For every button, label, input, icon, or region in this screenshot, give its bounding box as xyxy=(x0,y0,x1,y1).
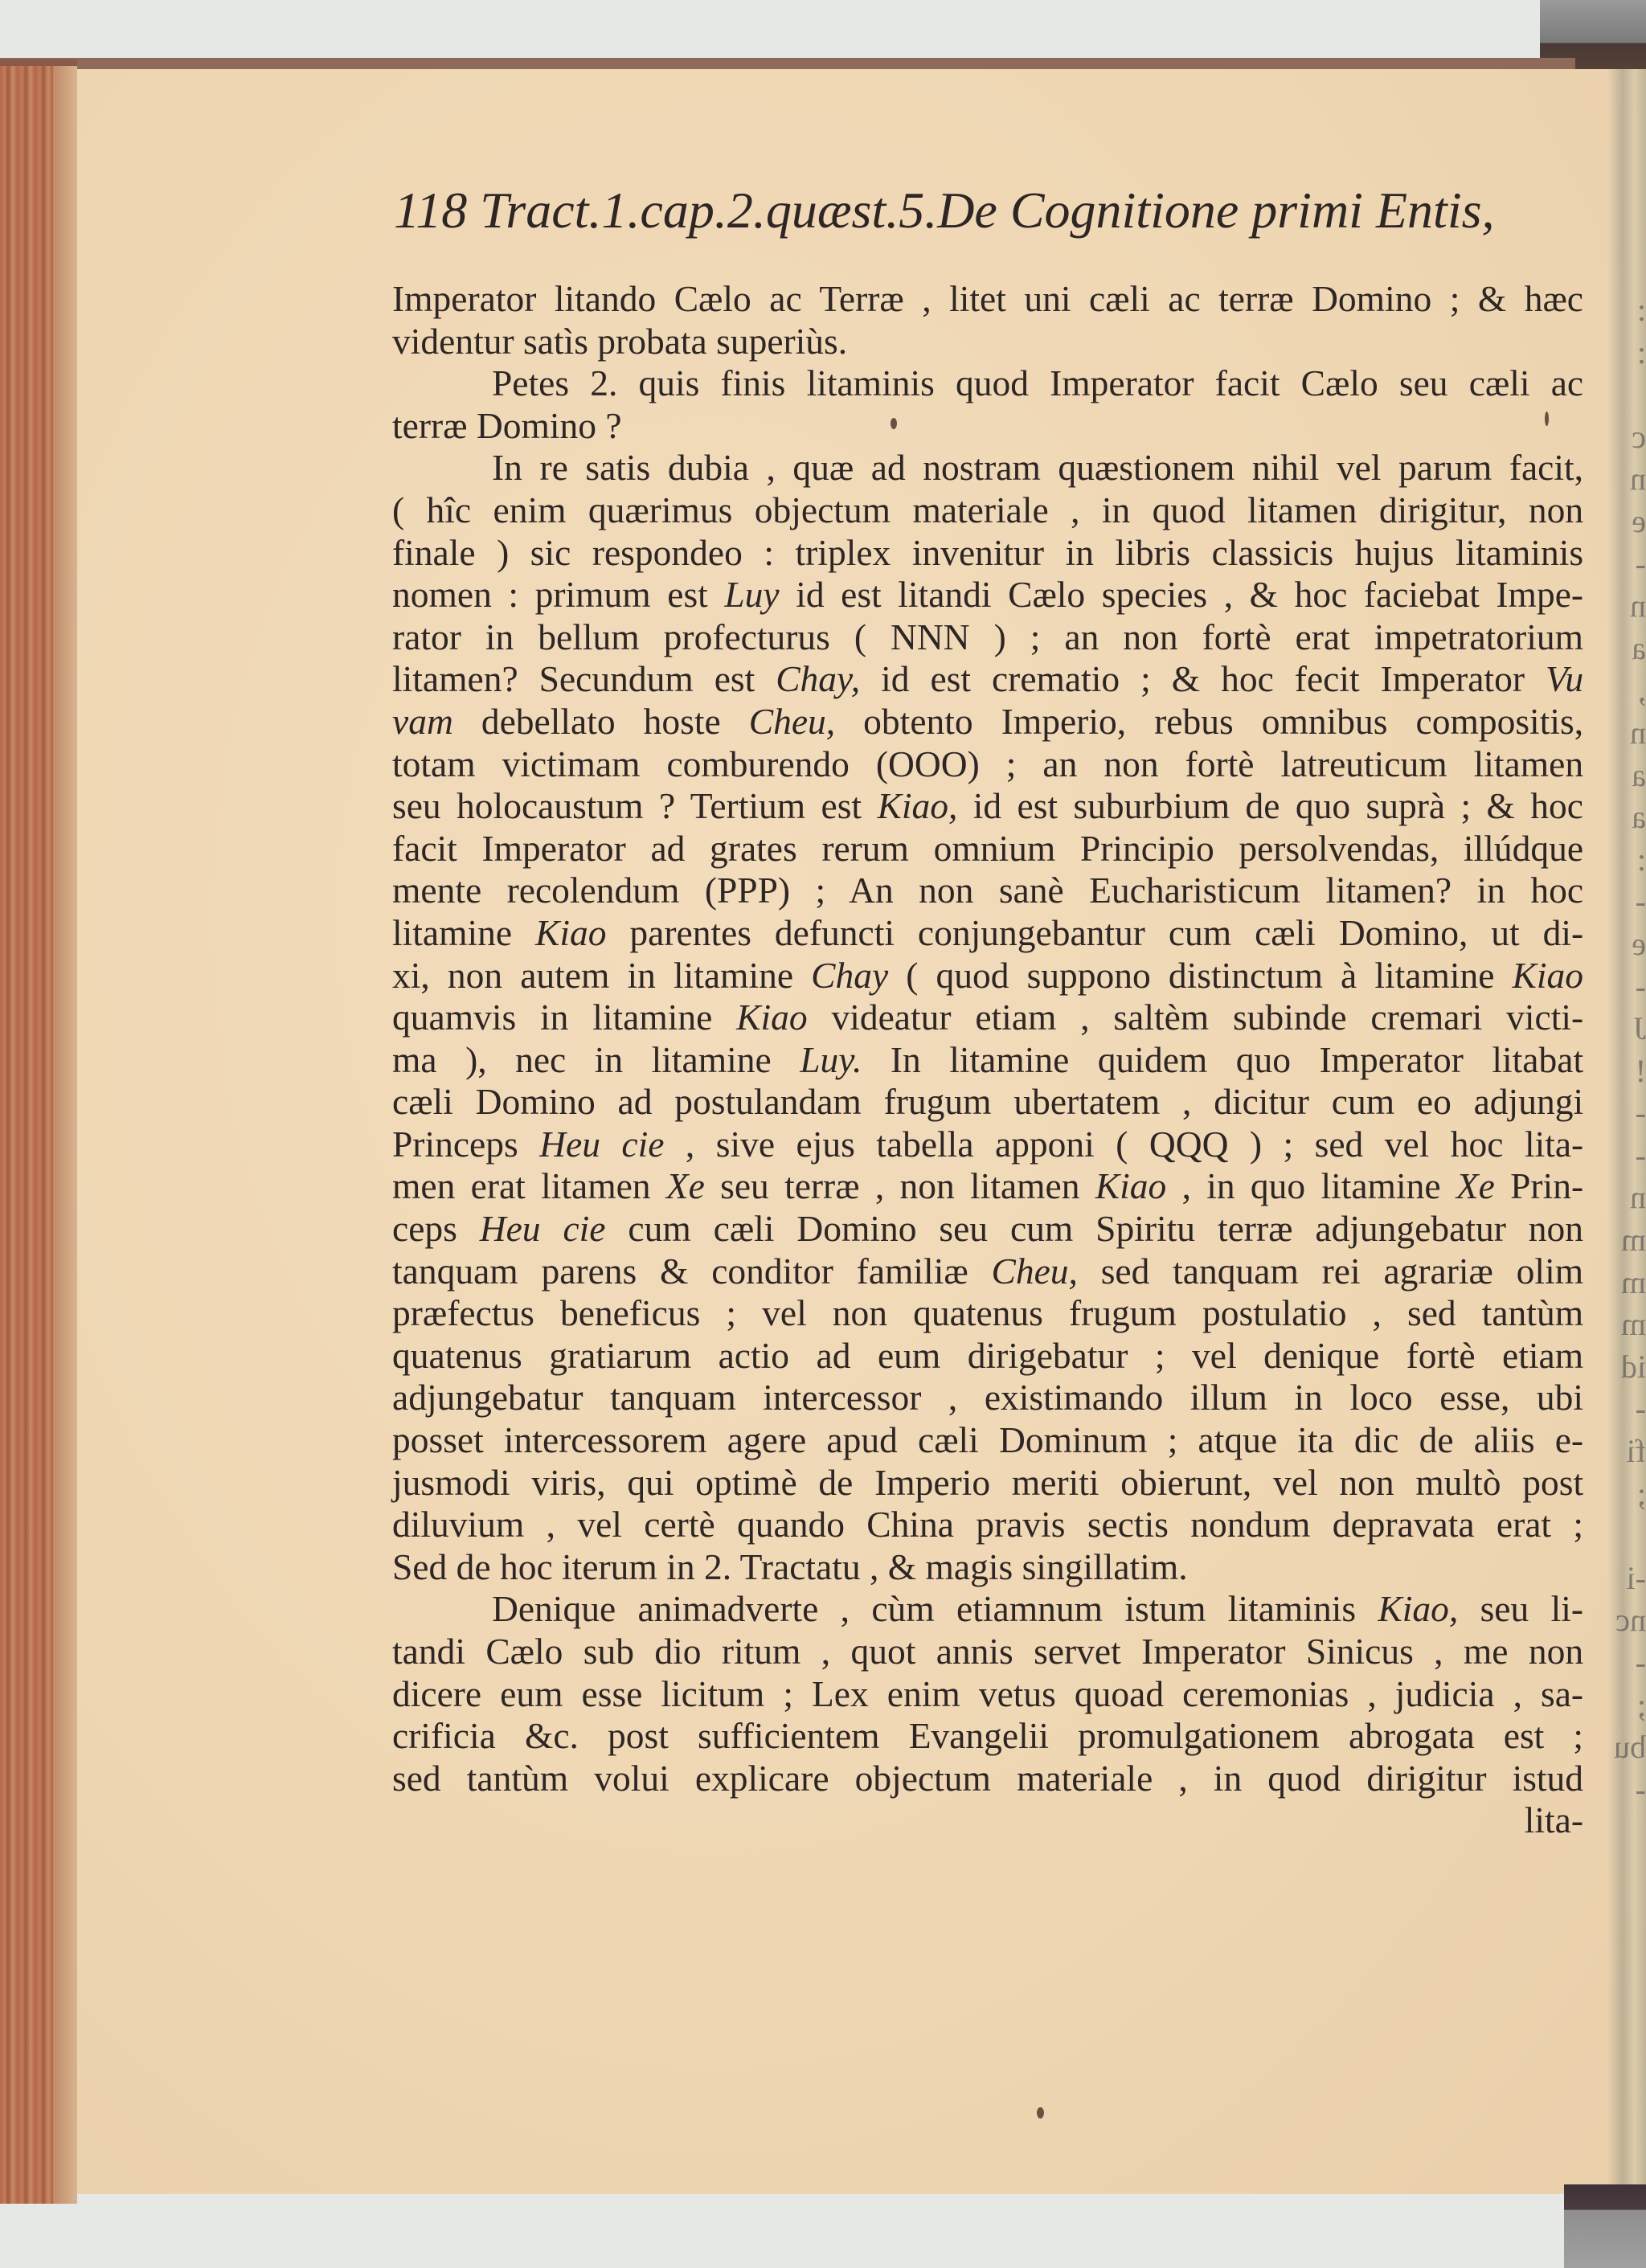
bleed-char xyxy=(1617,374,1646,416)
text-line: terræ Domino ? xyxy=(392,405,1583,448)
bleed-char: m xyxy=(1617,1304,1646,1346)
text-line: finale ) sic respondeo : triplex invenit… xyxy=(392,532,1583,575)
bleed-char: e xyxy=(1617,501,1646,543)
bleed-char: - xyxy=(1617,966,1646,1009)
text-line: ( hîc enim quærimus objectum materiale ,… xyxy=(392,489,1583,532)
bleed-char: m xyxy=(1617,1219,1646,1262)
bleed-char: e xyxy=(1617,923,1646,966)
bleed-char: - xyxy=(1617,1135,1646,1177)
text-line: Imperator litando Cælo ac Terræ , litet … xyxy=(392,278,1583,321)
text-line: mente recolendum (PPP) ; An non sanè Euc… xyxy=(392,870,1583,912)
text-line: men erat litamen Xe seu terræ , non lita… xyxy=(392,1165,1583,1208)
bleed-char: ; xyxy=(1617,1685,1646,1727)
book-cover-top-edge xyxy=(0,58,1575,69)
text-line: tanquam parens & conditor familiæ Cheu, … xyxy=(392,1251,1583,1293)
bleed-char: nc xyxy=(1617,1599,1646,1642)
text-line: Denique animadverte , cùm etiamnum istum… xyxy=(392,1588,1583,1631)
bleed-char: - xyxy=(1617,1388,1646,1431)
bleed-char: bu xyxy=(1617,1726,1646,1769)
text-line: ceps Heu cie cum cæli Domino seu cum Spi… xyxy=(392,1208,1583,1251)
text-line: facit Imperator ad grates rerum omnium P… xyxy=(392,828,1583,870)
text-line: ma ), nec in litamine Luy. In litamine q… xyxy=(392,1039,1583,1082)
bleed-char: n xyxy=(1617,585,1646,628)
bleed-char: a xyxy=(1617,796,1646,839)
body-text: Imperator litando Cælo ac Terræ , litet … xyxy=(392,278,1583,1842)
bleed-char: n xyxy=(1617,1177,1646,1219)
bleed-char: id xyxy=(1617,1346,1646,1389)
text-line: Princeps Heu cie , sive ejus tabella app… xyxy=(392,1124,1583,1166)
bleed-char: - xyxy=(1617,1092,1646,1135)
text-line: diluvium , vel certè quando China pravis… xyxy=(392,1504,1583,1546)
text-line: posset intercessorem agere apud cæli Dom… xyxy=(392,1419,1583,1462)
text-line: præfectus beneficus ; vel non quatenus f… xyxy=(392,1292,1583,1335)
bleed-char: a xyxy=(1617,628,1646,670)
text-line: videntur satìs probata superiùs. xyxy=(392,321,1583,363)
text-line: quamvis in litamine Kiao videatur etiam … xyxy=(392,997,1583,1039)
page-stack-edges xyxy=(0,59,77,2204)
text-line: tandi Cælo sub dio ritum , quot annis se… xyxy=(392,1631,1583,1673)
text-line: adjungebatur tanquam intercessor , exist… xyxy=(392,1377,1583,1419)
text-line: quatenus gratiarum actio ad eum dirigeba… xyxy=(392,1335,1583,1378)
running-head: 118 Tract.1.cap.2.quæst.5.De Cognitione … xyxy=(394,181,1583,240)
bleed-char: - xyxy=(1617,1769,1646,1812)
text-line: Sed de hoc iterum in 2. Tractatu , & mag… xyxy=(392,1546,1583,1589)
bleed-char: : xyxy=(1617,332,1646,375)
ink-speck xyxy=(1545,411,1549,426)
text-line: rator in bellum profecturus ( NNN ) ; an… xyxy=(392,616,1583,659)
bleed-char: n xyxy=(1617,712,1646,755)
bleed-char: : xyxy=(1617,289,1646,332)
text-line: jusmodi viris, qui optimè de Imperio mer… xyxy=(392,1462,1583,1504)
text-line: Petes 2. quis finis litaminis quod Imper… xyxy=(392,362,1583,405)
text-line: sed tantùm volui explicare objectum mate… xyxy=(392,1758,1583,1800)
bleed-char: n xyxy=(1617,458,1646,501)
text-line: vam debellato hoste Cheu, obtento Imperi… xyxy=(392,701,1583,743)
bleed-through-text: ::cne-na,naa:-e-J!--nmmmid-fi;-inc-;bu- xyxy=(1617,289,1646,1811)
text-line: In re satis dubia , quæ ad nostram quæst… xyxy=(392,447,1583,489)
bleed-char: m xyxy=(1617,1262,1646,1304)
bleed-char: a xyxy=(1617,755,1646,797)
bleed-char: : xyxy=(1617,839,1646,882)
bleed-char: - xyxy=(1617,1642,1646,1685)
text-line: xi, non autem in litamine Chay ( quod su… xyxy=(392,955,1583,997)
text-line: crificia &c. post sufficientem Evangelii… xyxy=(392,1715,1583,1758)
bleed-char: J xyxy=(1617,1008,1646,1050)
bleed-char: -i xyxy=(1617,1558,1646,1600)
bleed-char: , xyxy=(1617,669,1646,712)
bleed-char: - xyxy=(1617,881,1646,923)
text-line: totam victimam comburendo (OOO) ; an non… xyxy=(392,743,1583,786)
text-line: cæli Domino ad postulandam frugum uberta… xyxy=(392,1081,1583,1124)
ink-speck xyxy=(1037,2107,1044,2119)
text-line: dicere eum esse licitum ; Lex enim vetus… xyxy=(392,1673,1583,1716)
bleed-char: ! xyxy=(1617,1050,1646,1093)
bleed-char: ; xyxy=(1617,1473,1646,1516)
text-line: litamine Kiao parentes defuncti conjunge… xyxy=(392,912,1583,955)
text-line: seu holocaustum ? Tertium est Kiao, id e… xyxy=(392,785,1583,828)
catchword: lita- xyxy=(392,1799,1583,1842)
ink-speck xyxy=(891,418,897,429)
bleed-char: fi xyxy=(1617,1431,1646,1473)
text-line: nomen : primum est Luy id est litandi Cæ… xyxy=(392,574,1583,616)
bleed-char: - xyxy=(1617,543,1646,586)
adjacent-book-bottom xyxy=(1564,2184,1646,2268)
text-line: litamen? Secundum est Chay, id est crema… xyxy=(392,658,1583,701)
bleed-char: c xyxy=(1617,416,1646,459)
bleed-char xyxy=(1617,1515,1646,1558)
